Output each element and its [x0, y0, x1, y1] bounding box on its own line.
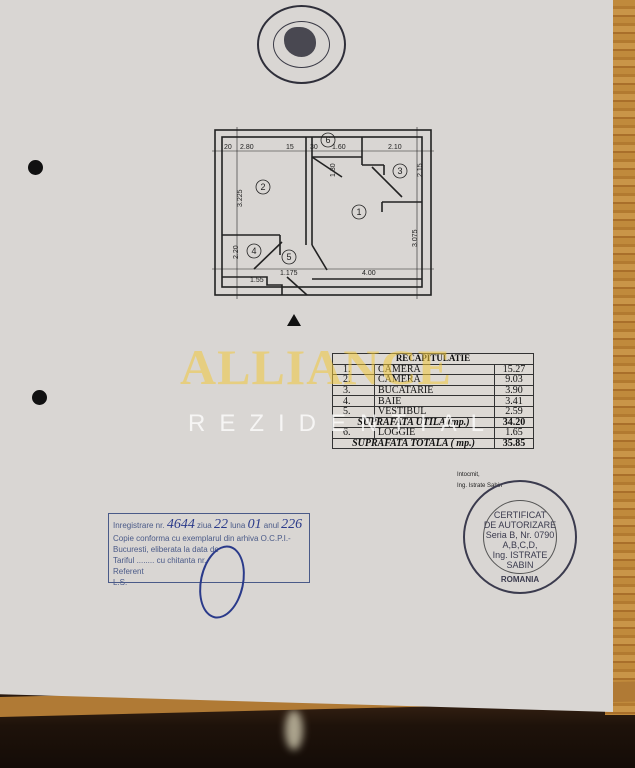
- svg-text:1.30: 1.30: [330, 163, 337, 177]
- cadastre-top-stamp: [257, 5, 346, 84]
- svg-text:1.60: 1.60: [332, 144, 346, 151]
- stamp-center-text: CERTIFICAT DE AUTORIZARE Seria B, Nr. 07…: [465, 510, 575, 570]
- punch-hole-icon: [32, 390, 47, 405]
- table-row: 1.CAMERA15.27: [333, 364, 534, 375]
- svg-text:30: 30: [310, 144, 318, 151]
- svg-text:3: 3: [397, 166, 402, 176]
- table-row: 5.VESTIBUL2.59: [333, 406, 534, 417]
- authorization-stamp: CERTIFICAT DE AUTORIZARE Seria B, Nr. 07…: [463, 480, 577, 594]
- svg-text:1.175: 1.175: [280, 270, 298, 277]
- floor-plan-drawing: 202.8015301.60 2.101.551.1754.00 3.225 3…: [212, 127, 434, 299]
- light-reflection: [285, 710, 303, 750]
- svg-text:2.20: 2.20: [233, 245, 240, 259]
- svg-text:5: 5: [286, 252, 291, 262]
- north-arrow-icon: [287, 314, 301, 326]
- svg-text:3.225: 3.225: [237, 189, 244, 207]
- total-area-row: SUPRAFATA TOTALA ( mp.)35.85: [333, 438, 534, 449]
- floor-plan: 202.8015301.60 2.101.551.1754.00 3.225 3…: [212, 127, 434, 299]
- svg-text:1: 1: [356, 207, 361, 217]
- document-page: 202.8015301.60 2.101.551.1754.00 3.225 3…: [0, 0, 613, 712]
- area-summary-table: RECAPITULATIE 1.CAMERA15.27 2.CAMERA9.03…: [332, 353, 534, 449]
- svg-text:20: 20: [224, 144, 232, 151]
- svg-text:4.00: 4.00: [362, 270, 376, 277]
- table-row: 3.BUCATARIE3.90: [333, 385, 534, 396]
- coat-of-arms-icon: [284, 27, 316, 57]
- svg-text:2.80: 2.80: [240, 144, 254, 151]
- svg-text:4: 4: [251, 246, 256, 256]
- svg-text:3.075: 3.075: [412, 229, 419, 247]
- svg-text:2.10: 2.10: [388, 144, 402, 151]
- svg-text:2: 2: [260, 182, 265, 192]
- summary-title: RECAPITULATIE: [333, 354, 534, 365]
- svg-text:15: 15: [286, 144, 294, 151]
- svg-text:6: 6: [325, 135, 330, 145]
- svg-text:1.55: 1.55: [250, 277, 264, 284]
- svg-text:2.15: 2.15: [417, 163, 424, 177]
- table-row: 2.CAMERA9.03: [333, 375, 534, 386]
- punch-hole-icon: [28, 160, 43, 175]
- table-row: 4.BAIE3.41: [333, 396, 534, 407]
- table-row: 6.LOGGIE1.65: [333, 428, 534, 439]
- useful-area-row: SUPRAFATA UTILA (mp.)34.20: [333, 417, 534, 428]
